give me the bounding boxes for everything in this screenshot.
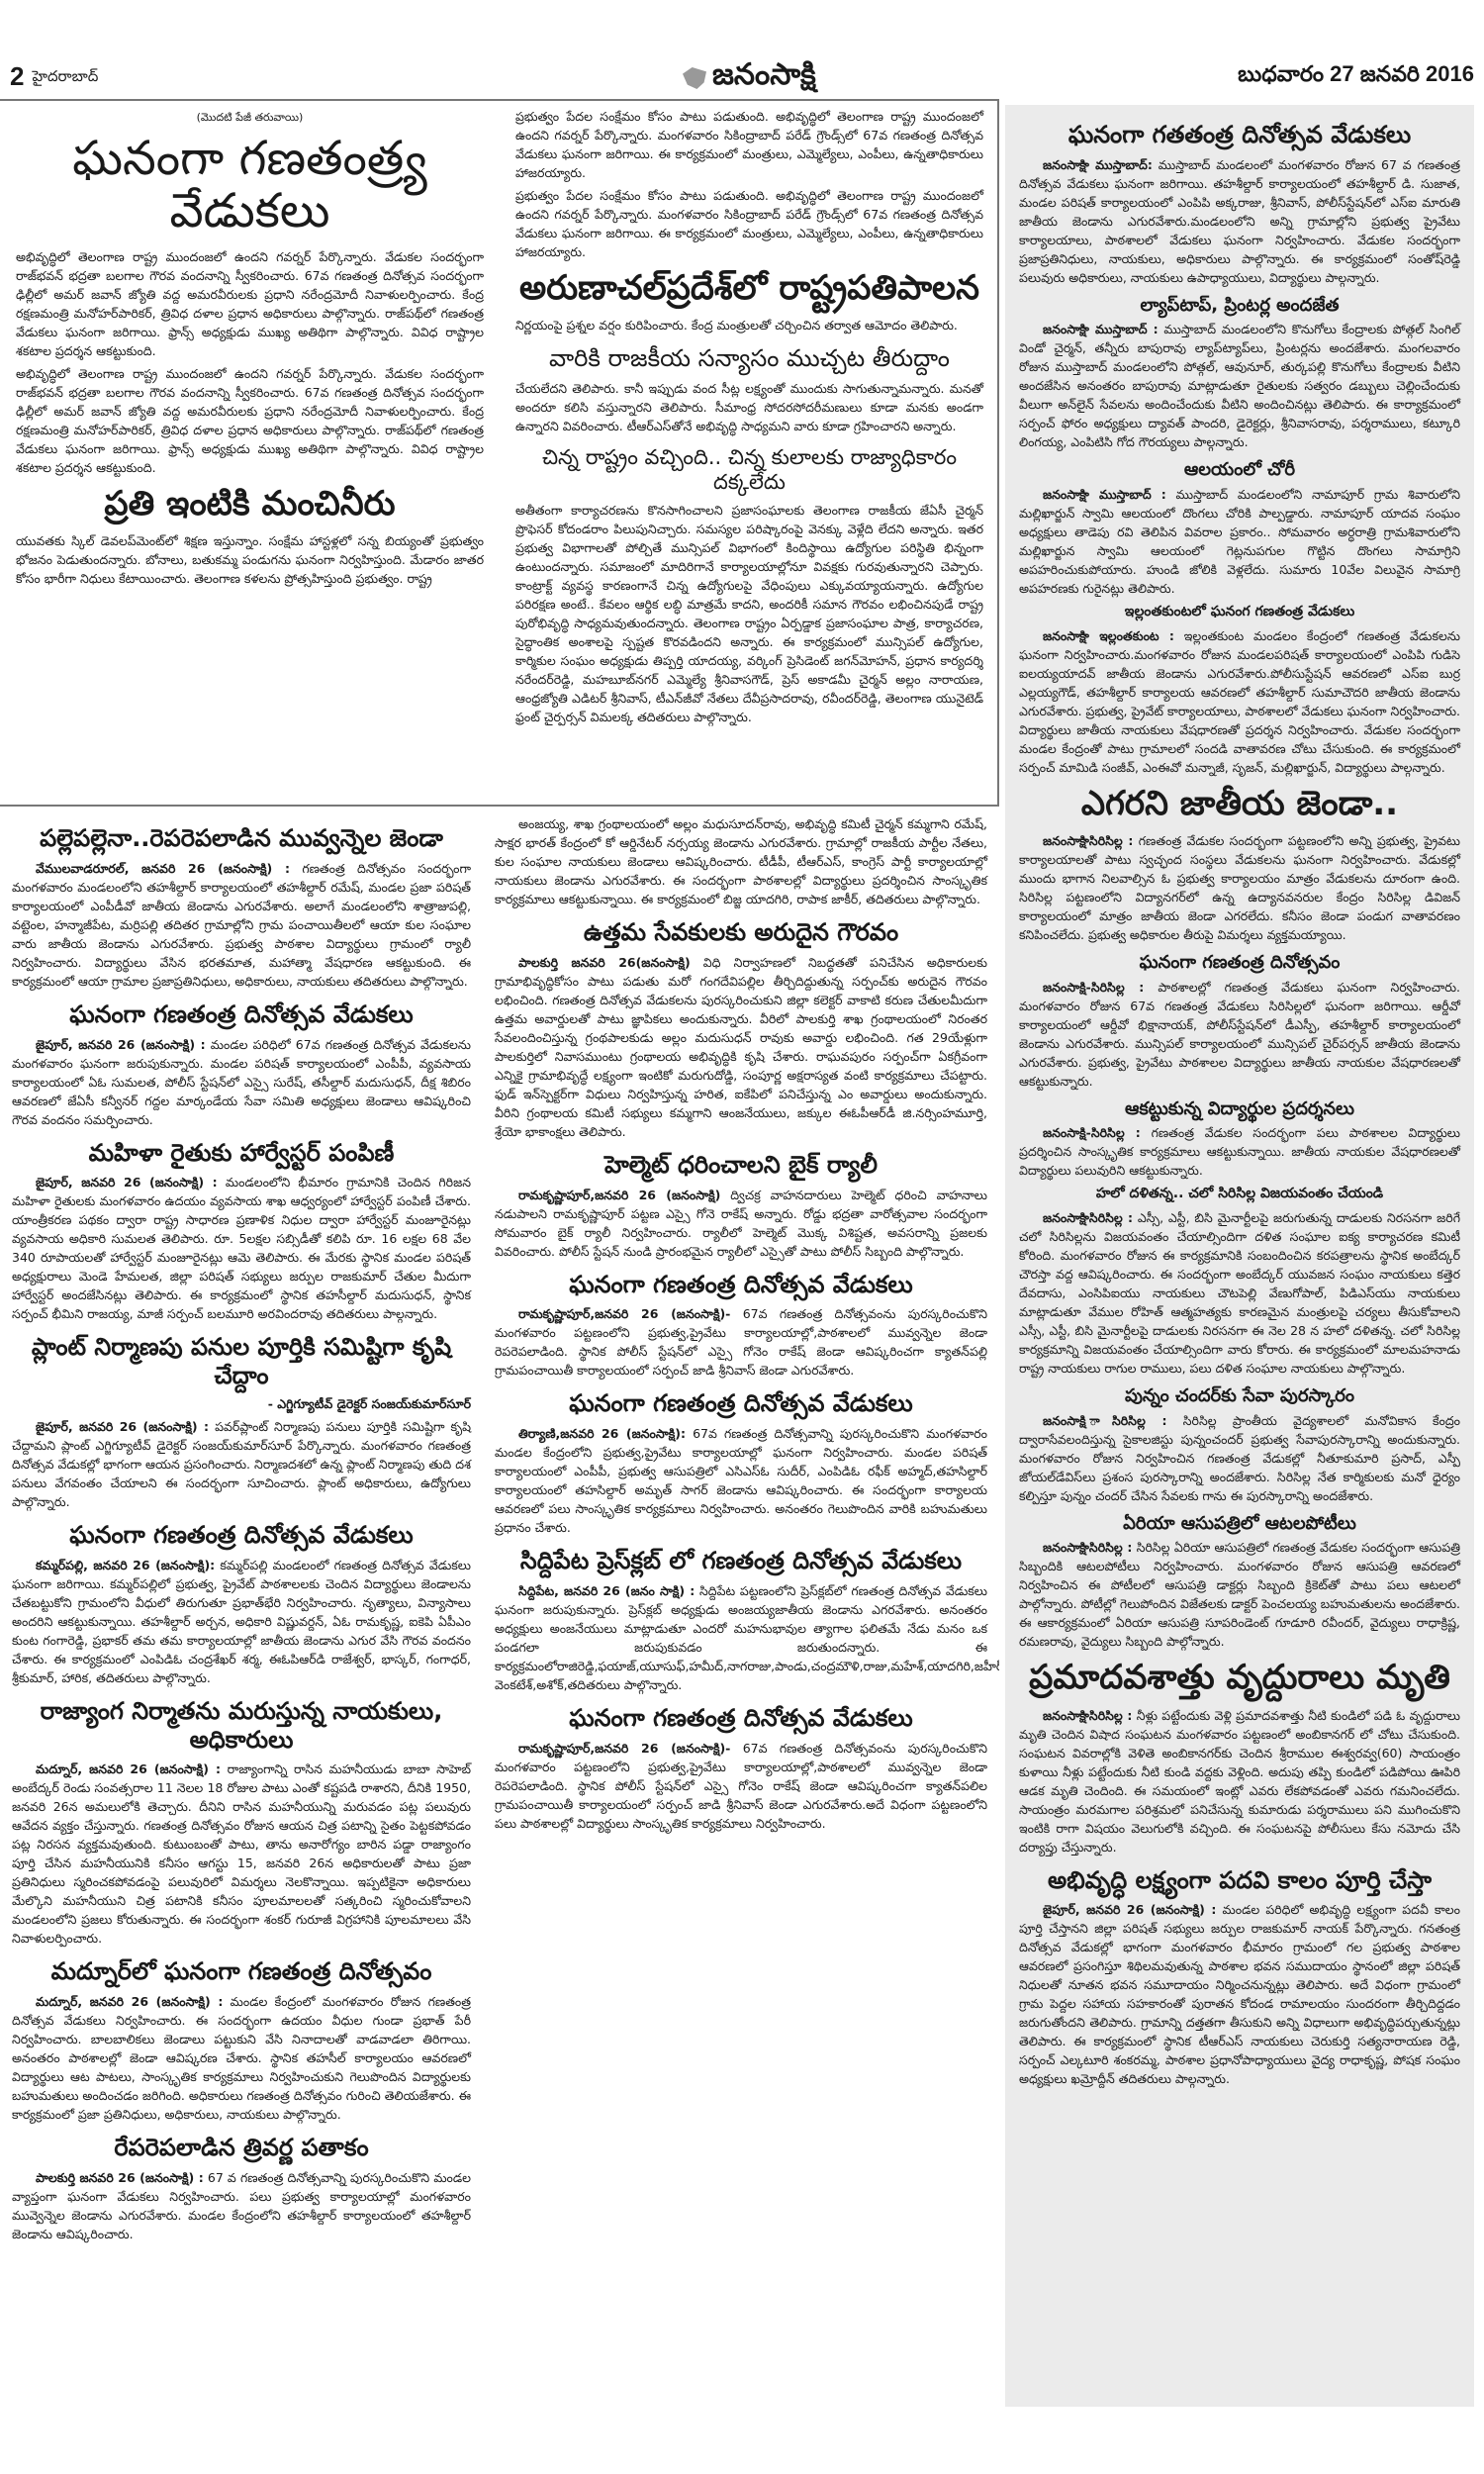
article-body: జైపూర్, జనవరి 26 (జనంసాక్షి) : పవర్‌ప్లా… — [12, 1417, 471, 1511]
top-story-body-cont: అభివృద్ధిలో తెలంగాణ రాష్ట్ర ముందంజలో ఉంద… — [16, 364, 484, 477]
article-headline: ఆలయంలో చోరీ — [1019, 459, 1460, 481]
middle-column: అంజయ్య, శాఖ గ్రంథాలయంలో అల్లం మధుసూదన్‌ర… — [483, 807, 999, 2474]
article-headline: ఏరియా ఆసుపత్రిలో ఆటలపోటీలు — [1019, 1513, 1460, 1535]
article-body: జనంసాక్షి ాసిరిసిల్ల : సిరిసిల్ల ప్రాంతీ… — [1019, 1411, 1460, 1505]
article-dateline: జైపూర్, జనవరి 26 (జనంసాక్షి) : — [36, 1419, 209, 1434]
article-text: ఎస్సీ, ఎస్టీ, బిసి మైనార్టీలపై జరుగుతున్… — [1019, 1210, 1460, 1376]
article-body: మద్నూర్, జనవరి 26 (జనంసాక్షి) : రాజ్యాంగ… — [12, 1760, 471, 1948]
article-body: జైపూర్, జనవరి 26 (జనంసాక్షి) : మండల పరిధ… — [12, 1035, 471, 1129]
article-dateline: రామకృష్ణాపూర్,జనవరి 26 (జనంసాక్షి)- — [518, 1741, 730, 1756]
article-text: నీళ్లు పట్టేందుకు వెళ్లి ప్రమాదవశాత్తు న… — [1019, 1708, 1460, 1855]
article-body: జనంసాక్షిాసిరిసిల్ల : సిరిసిల్ల ఏరియా ఆస… — [1019, 1538, 1460, 1651]
sub-body: చేయలేదని తెలిపారు. కానీ ఇప్పుడు వంద సీట్… — [515, 379, 983, 435]
article-dateline: పాలకుర్తి జనవరి 26 (జనంసాక్షి) : — [36, 2170, 204, 2185]
article-dateline: జైపూర్, జనవరి 26 (జనంసాక్షి) : — [36, 1037, 206, 1052]
article-body: అంజయ్య, శాఖ గ్రంథాలయంలో అల్లం మధుసూదన్‌ర… — [495, 814, 987, 908]
article-body: జనంసాక్షిాసిరిసిల్ల : ఎస్సీ, ఎస్టీ, బిసి… — [1019, 1208, 1460, 1378]
article-text: మండలంలోని భీమారం గ్రామానికి చెందిన గిరిజ… — [12, 1175, 471, 1321]
issue-date: బుధవారం 27 జనవరి 2016 — [1238, 61, 1474, 92]
article-headline: ల్యాప్‌టాప్, ప్రింటర్ల అందజేత — [1019, 295, 1460, 317]
article-headline: పున్నం చందర్‌కు సేవా పురస్కారం — [1019, 1385, 1460, 1407]
article-text: అంజయ్య, శాఖ గ్రంథాలయంలో అల్లం మధుసూదన్‌ర… — [495, 816, 987, 906]
sub-headline: చిన్న రాష్ట్రం వచ్చింది.. చిన్న కులాలకు … — [515, 445, 983, 495]
article-body: మద్నూర్, జనవరి 26 (జనంసాక్షి) : మండల కేం… — [12, 1992, 471, 2124]
continued-label: (మొదటి పేజీ తరువాయి) — [16, 111, 484, 127]
news-article: మద్నూర్‌లో ఘనంగా గణతంత్ర దినోత్సవంమద్నూర… — [12, 1957, 471, 2124]
article-dateline: జనంసాక్షిాసిరిసిల్ల : — [1043, 1540, 1132, 1555]
city-label: హైదరాబాద్ — [32, 68, 98, 85]
news-article: పున్నం చందర్‌కు సేవా పురస్కారంజనంసాక్షి … — [1019, 1385, 1460, 1505]
article-headline: సిద్దిపేట ప్రెస్‌క్లబ్ లో గణతంత్ర దినోత్… — [495, 1547, 987, 1575]
news-article: ఎగరని జాతీయ జెండా..జనంసాక్షిాసిరిసిల్ల :… — [1019, 785, 1460, 944]
article-body: జనంసాక్షిాసిరిసిల్ల : నీళ్లు పట్టేందుకు … — [1019, 1706, 1460, 1856]
article-text: 67వ గణతంత్ర దినోత్సవాన్ని పురస్కరించుకొన… — [495, 1426, 987, 1535]
article-headline: ప్రమాదవశాత్తు వృద్దురాలు మృతి — [1019, 1659, 1460, 1697]
article-body: జనంసాక్షి-సిరిసిల్ల : పాఠశాలల్లో గణతంత్ర… — [1019, 978, 1460, 1091]
paper-logo: జనంసాక్షి — [683, 57, 816, 99]
page-number: 2హైదరాబాద్ — [10, 61, 98, 92]
news-article: అభివృద్ధి లక్ష్యంగా పదవి కాలం పూర్తి చేస… — [1019, 1866, 1460, 2089]
article-headline: ఘనంగా గణతంత్ర దినోత్సవ వేడుకలు — [495, 1704, 987, 1733]
article-dateline: వేములవాడరూరల్, జనవరి 26 (జనంసాక్షి) : — [36, 861, 290, 876]
telangana-map-icon — [683, 67, 706, 89]
article-headline: హలో దళితన్న.. చలో సిరిసిల్ల విజయవంతం చేయ… — [1019, 1186, 1460, 1204]
news-article: ప్రమాదవశాత్తు వృద్దురాలు మృతిజనంసాక్షిాస… — [1019, 1659, 1460, 1855]
masthead: 2హైదరాబాద్ జనంసాక్షి బుధవారం 27 జనవరి 20… — [0, 57, 1484, 99]
article-body: జైపూర్, జనవరి 26 (జనంసాక్షి) : మండలంలోని… — [12, 1173, 471, 1323]
article-headline: ఇల్లంతకుంటలో ఘనంగ గణతంత్ర వేడుకలు — [1019, 604, 1460, 622]
article-headline: అభివృద్ధి లక్ష్యంగా పదవి కాలం పూర్తి చేస… — [1019, 1866, 1460, 1895]
news-article: ఉత్తమ సేవకులకు అరుదైన గౌరవంపాలకుర్తి జనవ… — [495, 918, 987, 1141]
article-dateline: జైపూర్, జనవరి 26 (జనంసాక్షి) : — [1043, 1902, 1216, 1917]
news-article: ఘనంగా గణతంత్ర దినోత్సవ వేడుకలుకమ్మర్‌పల్… — [12, 1521, 471, 1687]
news-article: పల్లెపల్లెనా..రెపరెపలాడిన మువ్వన్నెల జెం… — [12, 824, 471, 991]
article-headline: పల్లెపల్లెనా..రెపరెపలాడిన మువ్వన్నెల జెం… — [12, 824, 471, 853]
article-dateline: జనంసాక్షిా ఇల్లంతకుంట : — [1043, 628, 1174, 643]
article-headline: రేపరెపలాడిన త్రివర్ణ పతాకం — [12, 2134, 471, 2162]
news-article: ఘనంగా గణతంత్ర దినోత్సవ వేడుకలుతిర్యాణి,జ… — [495, 1389, 987, 1537]
article-text: గణతంత్ర దినోత్సవం సందర్భంగా మంగళవారం మండ… — [12, 861, 471, 989]
article-headline: ఘనంగా గణతంత్ర దినోత్సవ వేడుకలు — [12, 1000, 471, 1029]
top-story-box: (మొదటి పేజీ తరువాయి) ఘనంగా గణతంత్ర్య వేడ… — [0, 99, 999, 807]
article-headline: ఉత్తమ సేవకులకు అరుదైన గౌరవం — [495, 918, 987, 947]
sub-body: అతీతంగా కార్యాచరణను కొనసాగించాలని ప్రజాస… — [515, 501, 983, 726]
article-text: కమ్మర్‌పల్లి మండలంలో గణతంత్ర దినోత్సవ వే… — [12, 1558, 471, 1685]
article-body: తిర్యాణి,జనవరి 26 (జనంసాక్షి): 67వ గణతంత… — [495, 1424, 987, 1537]
article-headline: మహిళా రైతుకు హార్వేస్టర్ పంపిణీ — [12, 1139, 471, 1168]
news-article: రాజ్యాంగ నిర్మాతను మరుస్తున్న నాయకులు, అ… — [12, 1697, 471, 1949]
article-body: రామకృష్ణాపూర్,జనవరి 26 (జనంసాక్షి)- 67వ … — [495, 1304, 987, 1380]
news-article: రేపరెపలాడిన త్రివర్ణ పతాకంపాలకుర్తి జనవర… — [12, 2134, 471, 2243]
article-dateline: జనంసాక్షిా ముస్తాబాద్ : — [1043, 322, 1159, 336]
article-dateline: జనంసాక్షిా ముస్తాబాద్: — [1043, 157, 1153, 172]
article-text: మండల కేంద్రంలో మంగళవారం రోజున గణతంత్ర ది… — [12, 1994, 471, 2122]
news-article: సిద్దిపేట ప్రెస్‌క్లబ్ లో గణతంత్ర దినోత్… — [495, 1547, 987, 1694]
top-story-body: అభివృద్ధిలో తెలంగాణ రాష్ట్ర ముందంజలో ఉంద… — [16, 247, 484, 360]
article-dateline: సిద్దిపేట, జనవరి 26 (జనం సాక్షి) : — [518, 1583, 695, 1598]
article-headline: ఘనంగా గణతంత్ర దినోత్సవ వేడుకలు — [495, 1271, 987, 1299]
article-text: రాజ్యాంగాన్ని రాసిన మహనీయుడు బాబా సాహెబ్… — [12, 1761, 471, 1946]
article-headline: ఘనంగా గణతంత్ర దినోత్సవ వేడుకలు — [12, 1521, 471, 1550]
article-dateline: జనంసాక్షిాసిరిసిల్ల : — [1043, 1708, 1132, 1723]
article-dateline: జనంసాక్షి-సిరిసిల్ల : — [1043, 1125, 1141, 1140]
article-headline: ఆకట్టుకున్న విద్యార్థుల ప్రదర్శనలు — [1019, 1098, 1460, 1120]
article-text: విధి నిర్వాహణలో నిబద్ధతతో పనిచేసిన అధికా… — [495, 955, 987, 1139]
article-dateline: రామకృష్ణాపూర్,జనవరి 26 (జనంసాక్షి)- — [518, 1306, 730, 1321]
article-headline: ప్లాంట్ నిర్మాణపు పనుల పూర్తికి సమిష్టిగ… — [12, 1333, 471, 1390]
sub-headline: అరుణాచల్‌ప్రదేశ్‌లో రాష్ట్రపతిపాలన — [515, 269, 983, 308]
article-body: రామకృష్ణాపూర్,జనవరి 26 (జనంసాక్షి)- 67వ … — [495, 1739, 987, 1833]
news-article: హెల్మెట్ ధరించాలని బైక్ ర్యాలీరామకృష్ణాప… — [495, 1151, 987, 1261]
article-headline: ఘనంగా గణతంత్ర దినోత్సవ వేడుకలు — [495, 1389, 987, 1418]
article-dateline: జైపూర్, జనవరి 26 (జనంసాక్షి) : — [36, 1175, 218, 1189]
article-headline: హెల్మెట్ ధరించాలని బైక్ ర్యాలీ — [495, 1151, 987, 1180]
top-story-column-2: ప్రభుత్వం పేదల సంక్షేమం కోసం పాటు పడుతుం… — [500, 101, 999, 805]
top-story-headline: ఘనంగా గణతంత్ర్య వేడుకలు — [16, 133, 484, 238]
article-body: వేములవాడరూరల్, జనవరి 26 (జనంసాక్షి) : గణ… — [12, 859, 471, 991]
article-dateline: జనంసాక్షిా ముస్తాబాద్ : — [1043, 487, 1166, 502]
news-article: అంజయ్య, శాఖ గ్రంథాలయంలో అల్లం మధుసూదన్‌ర… — [495, 814, 987, 908]
top-story-body: ప్రభుత్వం పేదల సంక్షేమం కోసం పాటు పడుతుం… — [515, 107, 983, 182]
article-headline: రాజ్యాంగ నిర్మాతను మరుస్తున్న నాయకులు, అ… — [12, 1697, 471, 1755]
article-body: సిద్దిపేట, జనవరి 26 (జనం సాక్షి) : సిద్ద… — [495, 1581, 987, 1694]
article-dateline: పాలకుర్తి జనవరి 26(జనంసాక్షి) — [518, 955, 691, 970]
article-body: జనంసాక్షిా ఇల్లంతకుంట : ఇల్లంతకుంట మండలం… — [1019, 626, 1460, 777]
article-subline: - ఎగ్జిగ్యూటీవ్ డైరెక్టర్ సంజయ్‌కుమార్‌స… — [12, 1396, 471, 1415]
article-dateline: కమ్మర్‌పల్లి, జనవరి 26 (జనంసాక్షి): — [36, 1558, 215, 1572]
article-dateline: మద్నూర్, జనవరి 26 (జనంసాక్షి) : — [36, 1761, 221, 1776]
article-text: ముస్తాబాద్ మండలంలో మంగళవారం రోజున 67 వ గ… — [1019, 157, 1460, 285]
sub-headline: ప్రతి ఇంటికి మంచినీరు — [16, 485, 484, 523]
article-dateline: మద్నూర్, జనవరి 26 (జనంసాక్షి) : — [36, 1994, 223, 2009]
news-article: ఘనంగా గణతంత్ర దినోత్సవ వేడుకలురామకృష్ణాప… — [495, 1704, 987, 1833]
top-story-column-1: (మొదటి పేజీ తరువాయి) ఘనంగా గణతంత్ర్య వేడ… — [0, 101, 500, 805]
article-dateline: జనంసాక్షి ాసిరిసిల్ల : — [1043, 1413, 1166, 1428]
article-body: జనంసాక్షిా ముస్తాబాద్: ముస్తాబాద్ మండలంల… — [1019, 155, 1460, 287]
article-body: పాలకుర్తి జనవరి 26(జనంసాక్షి) విధి నిర్వ… — [495, 953, 987, 1141]
article-body: జనంసాక్షిా ముస్తాబాద్ : ముస్తాబాద్ మండలం… — [1019, 485, 1460, 598]
article-dateline: రామకృష్ణాపూర్,జనవరి 26 (జనంసాక్షి) — [518, 1188, 720, 1202]
news-article: ఘనంగా గణతంత్ర దినోత్సవంజనంసాక్షి-సిరిసిల… — [1019, 952, 1460, 1091]
article-body: పాలకుర్తి జనవరి 26 (జనంసాక్షి) : 67 వ గణ… — [12, 2168, 471, 2243]
article-text: గణతంత్ర వేడుకల సందర్భంగా పట్టణంలోని అన్న… — [1019, 833, 1460, 942]
news-article: ఘనంగా గణతంత్ర దినోత్సవ వేడుకలురామకృష్ణాప… — [495, 1271, 987, 1380]
article-text: పాఠశాలల్లో గణతంత్ర వేడుకలు ఘనంగా నిర్వహి… — [1019, 980, 1460, 1089]
news-article: మహిళా రైతుకు హార్వేస్టర్ పంపిణీజైపూర్, జ… — [12, 1139, 471, 1324]
news-article: ప్లాంట్ నిర్మాణపు పనుల పూర్తికి సమిష్టిగ… — [12, 1333, 471, 1511]
news-article: ఇల్లంతకుంటలో ఘనంగ గణతంత్ర వేడుకలుజనంసాక్… — [1019, 604, 1460, 777]
news-article: ఘనంగా గతతంత్ర దినోత్సవ వేడుకలుజనంసాక్షిా… — [1019, 121, 1460, 287]
article-body: జనంసాక్షిా ముస్తాబాద్ : ముస్తాబాద్ మండలం… — [1019, 320, 1460, 451]
article-text: ఇల్లంతకుంట మండలం కేంద్రంలో గణతంత్ర వేడుక… — [1019, 628, 1460, 775]
article-body: జనంసాక్షిాసిరిసిల్ల : గణతంత్ర వేడుకల సంద… — [1019, 831, 1460, 944]
article-dateline: జనంసాక్షిాసిరిసిల్ల : — [1043, 1210, 1133, 1225]
article-body: రామకృష్ణాపూర్,జనవరి 26 (జనంసాక్షి) ద్విచ… — [495, 1186, 987, 1261]
article-text: మండల పరిధిలో అభివృద్ధి లక్ష్యంగా పదవీ కా… — [1019, 1902, 1460, 2086]
paper-name: జనంసాక్షి — [712, 57, 816, 99]
right-sidebar: ఘనంగా గతతంత్ర దినోత్సవ వేడుకలుజనంసాక్షిా… — [1005, 105, 1474, 2407]
sub-headline: వారికి రాజకీయ సన్యాసం ముచ్చట తీరుద్దాం — [515, 344, 983, 373]
article-body: కమ్మర్‌పల్లి, జనవరి 26 (జనంసాక్షి): కమ్మ… — [12, 1556, 471, 1687]
article-body: జనంసాక్షి-సిరిసిల్ల : గణతంత్ర వేడుకల సంద… — [1019, 1123, 1460, 1180]
article-dateline: జనంసాక్షి-సిరిసిల్ల : — [1043, 980, 1144, 995]
article-text: ముస్తాబాద్ మండలంలోని నామాపూర్ గ్రామ శివా… — [1019, 487, 1460, 596]
article-text: ముస్తాబాద్ మండలంలోని కొనుగోలు కేంద్రాలకు… — [1019, 322, 1460, 449]
left-column: పల్లెపల్లెనా..రెపరెపలాడిన మువ్వన్నెల జెం… — [0, 807, 483, 2474]
article-headline: ఎగరని జాతీయ జెండా.. — [1019, 785, 1460, 823]
article-headline: ఘనంగా గతతంత్ర దినోత్సవ వేడుకలు — [1019, 121, 1460, 149]
news-article: హలో దళితన్న.. చలో సిరిసిల్ల విజయవంతం చేయ… — [1019, 1186, 1460, 1378]
article-body: జైపూర్, జనవరి 26 (జనంసాక్షి) : మండల పరిధ… — [1019, 1900, 1460, 2088]
top-story-body-cont: ప్రభుత్వం పేదల సంక్షేమం కోసం పాటు పడుతుం… — [515, 186, 983, 261]
article-dateline: తిర్యాణి,జనవరి 26 (జనంసాక్షి): — [518, 1426, 686, 1441]
sub-body: యువతకు స్కిల్ డెవలప్‌మెంట్‌లో శిక్షణ ఇస్… — [16, 531, 484, 588]
news-article: ఆలయంలో చోరీజనంసాక్షిా ముస్తాబాద్ : ముస్త… — [1019, 459, 1460, 598]
article-dateline: జనంసాక్షిాసిరిసిల్ల : — [1043, 833, 1133, 848]
sub-body: నిర్ణయంపై ప్రశ్నల వర్షం కురిపించారు. కేం… — [515, 316, 983, 334]
article-text: సిద్దిపేట పట్టణంలోని ప్రెస్‌క్లబ్‌లో గణత… — [495, 1583, 999, 1692]
article-headline: ఘనంగా గణతంత్ర దినోత్సవం — [1019, 952, 1460, 974]
news-article: ఏరియా ఆసుపత్రిలో ఆటలపోటీలుజనంసాక్షిాసిరి… — [1019, 1513, 1460, 1652]
news-article: ఘనంగా గణతంత్ర దినోత్సవ వేడుకలుజైపూర్, జన… — [12, 1000, 471, 1129]
article-headline: మద్నూర్‌లో ఘనంగా గణతంత్ర దినోత్సవం — [12, 1957, 471, 1986]
news-article: ఆకట్టుకున్న విద్యార్థుల ప్రదర్శనలుజనంసాక… — [1019, 1098, 1460, 1181]
article-text: సిరిసిల్ల ఏరియా ఆసుపత్రిలో గణతంత్ర వేడుక… — [1019, 1540, 1460, 1649]
news-article: ల్యాప్‌టాప్, ప్రింటర్ల అందజేతజనంసాక్షిా … — [1019, 295, 1460, 452]
